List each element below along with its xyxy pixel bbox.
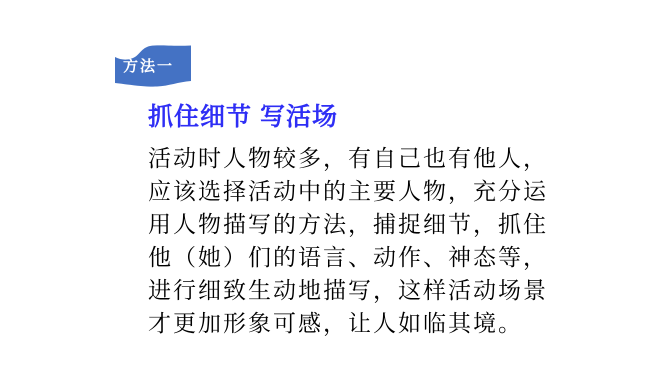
slide-heading: 抓住细节 写活场 — [148, 101, 338, 133]
body-line-1: 活动时人物较多，有自己也有他人， — [148, 142, 568, 175]
body-line-3: 用人物描写的方法，捕捉细节，抓住 — [148, 208, 568, 241]
body-line-5: 进行细致生动地描写，这样活动场景 — [148, 274, 568, 307]
body-paragraph: 活动时人物较多，有自己也有他人， 应该选择活动中的主要人物，充分运 用人物描写的… — [148, 142, 568, 340]
body-line-6: 才更加形象可感，让人如临其境。 — [148, 307, 568, 340]
flag-label: 方法一 — [123, 59, 174, 75]
slide-canvas: 方法一 抓住细节 写活场 活动时人物较多，有自己也有他人， 应该选择活动中的主要… — [0, 0, 668, 376]
body-line-2: 应该选择活动中的主要人物，充分运 — [148, 175, 568, 208]
method-flag-banner: 方法一 — [114, 44, 192, 88]
body-line-4: 他（她）们的语言、动作、神态等， — [148, 241, 568, 274]
